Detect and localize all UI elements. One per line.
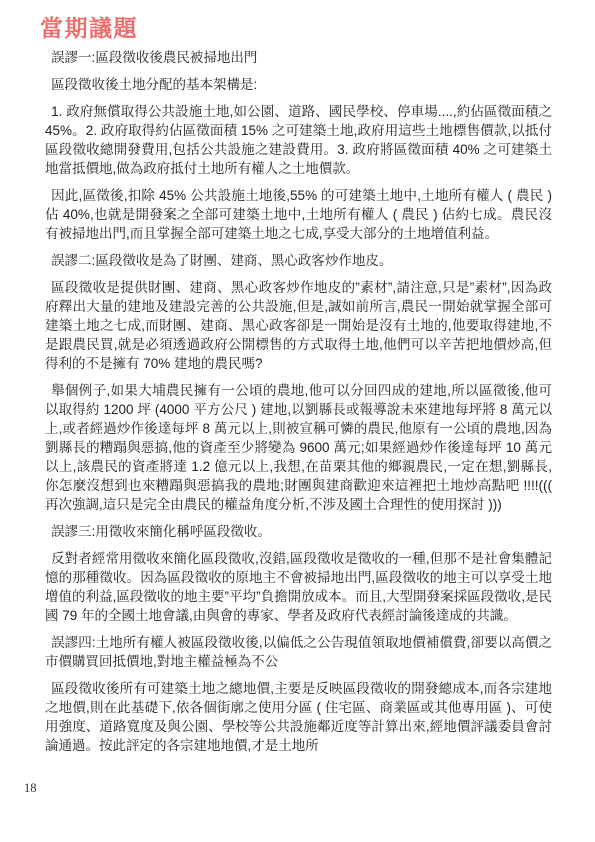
misconception-3-heading: 誤謬三:用徵收來簡化稱呼區段徵收。 [45, 522, 552, 541]
simplified-naming-paragraph: 反對者經常用徵收來簡化區段徵收,沒錯,區段徵收是徵收的一種,但那不是社會集體記憶… [45, 549, 552, 625]
misconception-1-heading: 誤謬一:區段徵收後農民被掃地出門 [45, 48, 552, 67]
misconception-4-heading: 誤謬四:土地所有權人被區段徵收後,以偏低之公告現值領取地價補償費,卻要以高價之市… [45, 633, 552, 671]
example-paragraph: 舉個例子,如果大埔農民擁有一公頃的農地,他可以分回四成的建地,所以區徵後,他可以… [45, 381, 552, 514]
conclusion-paragraph: 因此,區徵後,扣除 45% 公共設施土地後,55% 的可建築土地中,土地所有權人… [45, 186, 552, 243]
framework-intro: 區段徵收後土地分配的基本架構是: [45, 75, 552, 94]
document-body: 誤謬一:區段徵收後農民被掃地出門 區段徵收後土地分配的基本架構是: 1. 政府無… [45, 48, 552, 763]
document-page: 當期議題 誤謬一:區段徵收後農民被掃地出門 區段徵收後土地分配的基本架構是: 1… [0, 0, 595, 842]
page-title: 當期議題 [40, 10, 138, 43]
land-price-paragraph: 區段徵收後所有可建築土地之總地價,主要是反映區段徵收的開發總成本,而各宗建地之地… [45, 679, 552, 755]
material-paragraph: 區段徵收是提供財團、建商、黑心政客炒作地皮的”素材”,請注意,只是”素材”,因為… [45, 278, 552, 373]
page-number: 18 [24, 781, 37, 796]
framework-list: 1. 政府無償取得公共設施土地,如公園、道路、國民學校、停車場....,約佔區徵… [45, 102, 552, 178]
misconception-2-heading: 誤謬二:區段徵收是為了財團、建商、黑心政客炒作地皮。 [45, 251, 552, 270]
